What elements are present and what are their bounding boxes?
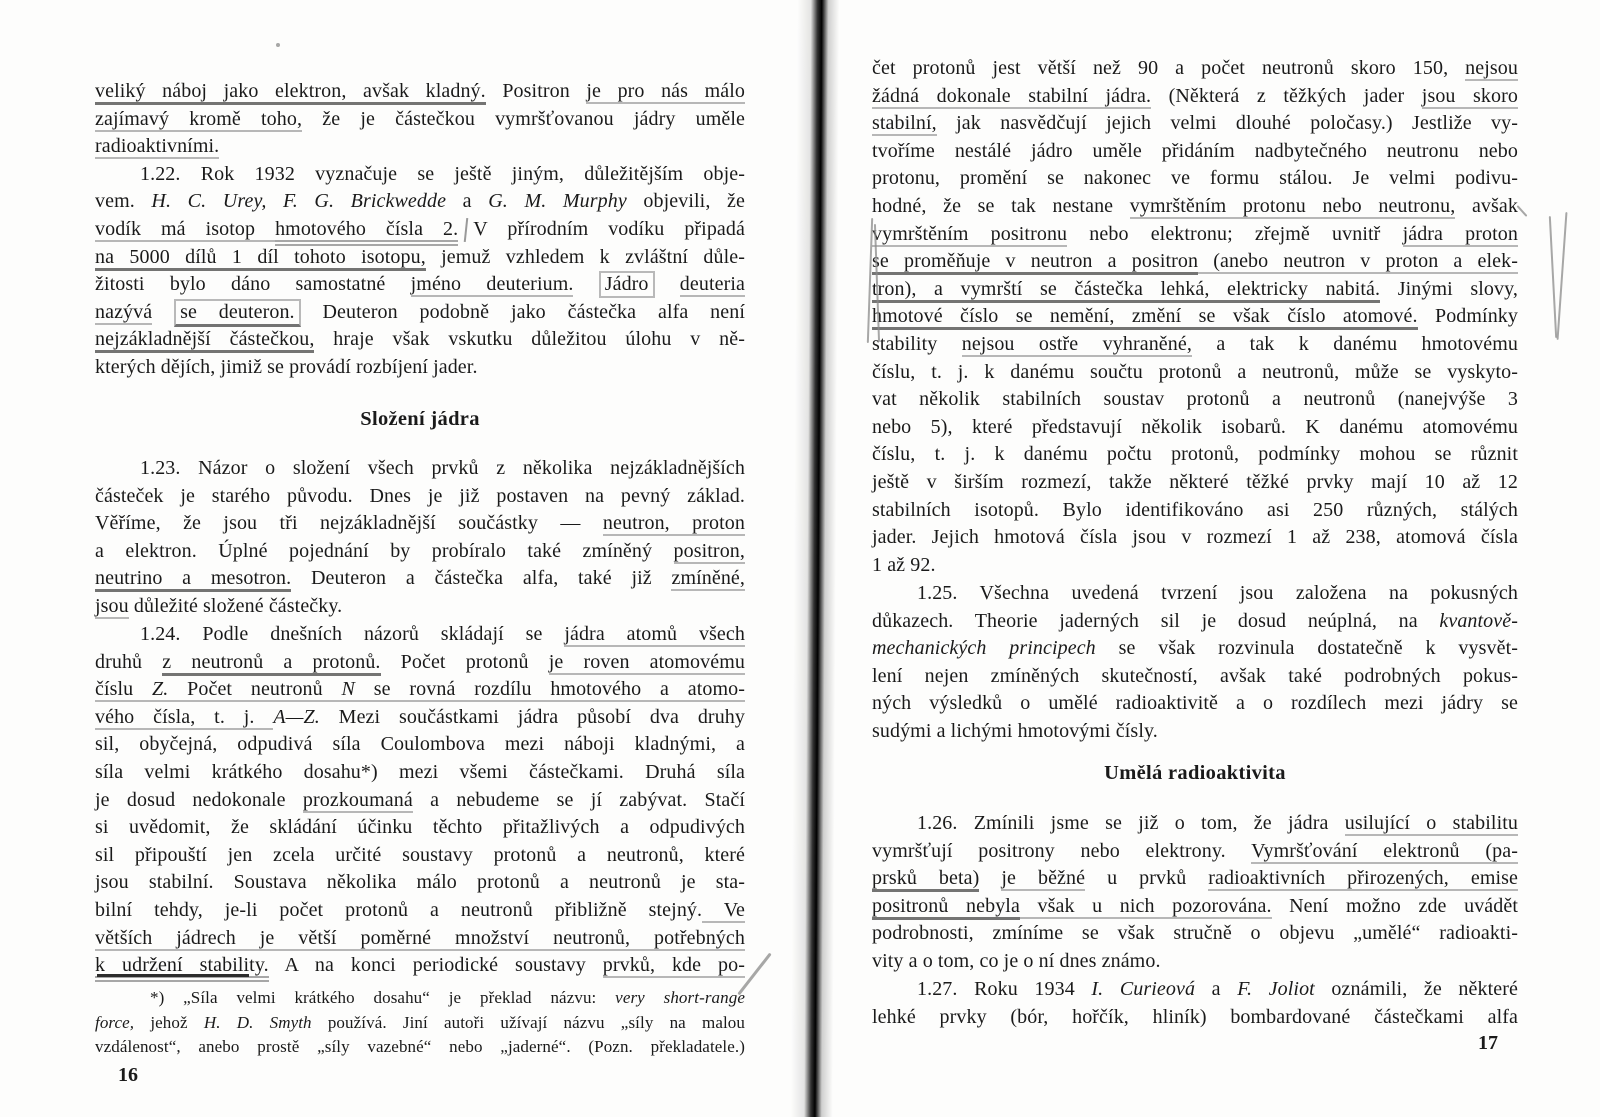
text-segment: a <box>1195 978 1237 1000</box>
text-segment: (Některá z těžkých jader <box>1151 85 1422 107</box>
italic-text: F. Joliot <box>1237 978 1315 1000</box>
text-segment: ještě v širším rozmezí, takže některé tě… <box>872 471 1518 493</box>
text-line: prsků beta) je běžné u prvků radioaktivn… <box>872 865 1518 893</box>
pencil-underline: tron), a vymrští se částečka lehká, elek… <box>872 278 1380 303</box>
text-line: čet protonů jest větší než 90 a počet ne… <box>872 55 1518 83</box>
paragraph-block: 1.26. Zmínili jsme se již o tom, že jádr… <box>872 810 1518 976</box>
text-line: vymrštěním positronu nebo elektronu; zře… <box>872 221 1518 249</box>
text-segment: jak nasvědčují jejich velmi dlouhé poloč… <box>937 112 1518 134</box>
pencil-underline: hmotové číslo se nemění, změní se však č… <box>872 305 1418 330</box>
text-line: mechanických principech se však rozvinul… <box>872 635 1518 663</box>
text-segment: číslu, t. j. k danému počtu protonů, pod… <box>872 443 1518 465</box>
italic-text: mechanických principech <box>872 637 1096 659</box>
text-line: žádná dokonale stabilní jádra. (Některá … <box>872 83 1518 111</box>
book-binding-shadow <box>791 0 840 1117</box>
text-line: 1 až 92. <box>872 552 1518 580</box>
text-segment: ných výsledků o umělé radioaktivitě a o … <box>872 692 1518 714</box>
text-segment: Není možno zde uvádět <box>1272 895 1518 917</box>
text-line: lehké prvky (bór, hořčík, hliník) bombar… <box>872 1004 1518 1032</box>
pencil-underline: žádná dokonale stabilní jádra. <box>872 85 1151 109</box>
text-segment: protonu, promění se nakonec ve formu stá… <box>872 167 1518 189</box>
text-line: nebo 5), které představují několik isoba… <box>872 414 1518 442</box>
text-segment: hodné, že se tak nestane <box>872 195 1130 217</box>
italic-text: I. Curieová <box>1091 978 1195 1000</box>
text-line: sudými a lichými hmotovými čísly. <box>872 718 1518 746</box>
pencil-underline: však u nich pozorována. <box>1020 895 1272 919</box>
section-heading: Umělá radioaktivita <box>872 762 1518 785</box>
book-scan-spread: veliký náboj jako elektron, avšak kladný… <box>0 0 1600 1117</box>
text-line: 1.25. Všechna uvedená tvrzení jsou založ… <box>872 580 1518 608</box>
text-line: ještě v širším rozmezí, takže některé tě… <box>872 469 1518 497</box>
text-line: positronů nebyla však u nich pozorována.… <box>872 893 1518 921</box>
text-line: tron), a vymrští se částečka lehká, elek… <box>872 276 1518 304</box>
text-segment: lehké prvky (bór, hořčík, hliník) bombar… <box>872 1006 1518 1028</box>
text-segment: vat několik stabilních soustav protonů a… <box>872 388 1518 410</box>
text-segment: Podmínky <box>1418 305 1518 327</box>
paragraph-block: 1.25. Všechna uvedená tvrzení jsou založ… <box>872 580 1518 746</box>
text-segment: stabilních isotopů. Bylo identifikováno … <box>872 499 1518 521</box>
pencil-underline: nejsou <box>1465 57 1518 81</box>
text-segment: 1.25. Všechna uvedená tvrzení jsou založ… <box>917 582 1518 604</box>
text-line: hodné, že se tak nestane vymrštěním prot… <box>872 193 1518 221</box>
text-line: se proměňuje v neutron a positron (anebo… <box>872 248 1518 276</box>
pencil-underline: jádra proton <box>1403 223 1518 247</box>
pencil-underline: se proměňuje v neutron a positron <box>872 250 1198 275</box>
text-line: vymršťují positrony nebo elektrony. Vymr… <box>872 838 1518 866</box>
text-segment: u prvků <box>1085 867 1208 889</box>
paragraph-block: čet protonů jest větší než 90 a počet ne… <box>872 55 1518 579</box>
pencil-underline: vymrštěním protonu nebo neutronu, <box>1130 195 1456 219</box>
text-line: protonu, promění se nakonec ve formu stá… <box>872 165 1518 193</box>
text-line: lení nejen zmíněných skutečností, avšak … <box>872 663 1518 691</box>
pencil-underline: stabilní, <box>872 112 937 136</box>
page-number: 17 <box>1478 1032 1498 1055</box>
text-segment: jader. Jejich hmotová čísla jsou v rozme… <box>872 526 1518 548</box>
text-line: podrobnosti, zmíníme se však stručně o o… <box>872 920 1518 948</box>
text-line: 1.27. Roku 1934 I. Curieová a F. Joliot … <box>872 976 1518 1004</box>
text-line: číslu, t. j. k danému součtu protonů a n… <box>872 359 1518 387</box>
pencil-underline: jsou skoro <box>1422 85 1518 109</box>
text-line: vat několik stabilních soustav protonů a… <box>872 386 1518 414</box>
text-segment: lení nejen zmíněných skutečností, avšak … <box>872 665 1518 687</box>
text-segment: 1.26. Zmínili jsme se již o tom, že jádr… <box>917 812 1345 834</box>
pencil-underline: prsků beta) <box>872 867 979 892</box>
text-line: stabilních isotopů. Bylo identifikováno … <box>872 497 1518 525</box>
text-segment: Jinými slovy, <box>1380 278 1518 300</box>
paragraph-block: 1.27. Roku 1934 I. Curieová a F. Joliot … <box>872 976 1518 1031</box>
text-segment: vity a o tom, co je o ní dnes známo. <box>872 950 1161 972</box>
text-line: hmotové číslo se nemění, změní se však č… <box>872 303 1518 331</box>
pencil-margin-mark <box>276 43 280 47</box>
text-segment: nebo 5), které představují několik isoba… <box>872 416 1518 438</box>
text-segment: a tak k danému hmotovému <box>1192 333 1518 355</box>
text-segment: tvoříme nestálé jádro uměle přidáním nad… <box>872 140 1518 162</box>
pencil-underline: nejsou ostře vyhraněné, <box>962 333 1192 357</box>
pencil-underline: vymrštěním positronu <box>872 223 1067 247</box>
text-segment: stability <box>872 333 962 355</box>
pencil-underline: usilující o stabilitu <box>1345 812 1518 836</box>
pencil-underline: Vymršťování elektronů (pa- <box>1251 840 1518 864</box>
text-segment: důkazech. Theorie jaderných sil je dosud… <box>872 610 1439 632</box>
text-segment: vymršťují positrony nebo elektrony. <box>872 840 1251 862</box>
text-segment: 1 až 92. <box>872 554 936 576</box>
text-line: tvoříme nestálé jádro uměle přidáním nad… <box>872 138 1518 166</box>
text-line: stabilní, jak nasvědčují jejich velmi dl… <box>872 110 1518 138</box>
text-line: důkazech. Theorie jaderných sil je dosud… <box>872 608 1518 636</box>
text-segment: číslu, t. j. k danému součtu protonů a n… <box>872 361 1518 383</box>
text-line: ných výsledků o umělé radioaktivitě a o … <box>872 690 1518 718</box>
text-line: 1.26. Zmínili jsme se již o tom, že jádr… <box>872 810 1518 838</box>
text-segment: nebo elektronu; zřejmě uvnitř <box>1067 223 1402 245</box>
pencil-underline: positronů nebyla <box>872 895 1020 920</box>
italic-text: kvantově- <box>1439 610 1518 632</box>
text-segment: 1.27. Roku 1934 <box>917 978 1091 1000</box>
text-segment: avšak <box>1455 195 1518 217</box>
text-line: číslu, t. j. k danému počtu protonů, pod… <box>872 441 1518 469</box>
pencil-underline: je běžné <box>1001 867 1085 891</box>
pencil-underline: (anebo neutron v proton a elek- <box>1198 250 1518 274</box>
text-line: stability nejsou ostře vyhraněné, a tak … <box>872 331 1518 359</box>
text-segment: sudými a lichými hmotovými čísly. <box>872 720 1158 742</box>
text-line: vity a o tom, co je o ní dnes známo. <box>872 948 1518 976</box>
text-segment: se však rozvinula dostatečně k vysvět- <box>1096 637 1518 659</box>
text-segment <box>979 867 1001 889</box>
text-segment: čet protonů jest větší než 90 a počet ne… <box>872 57 1465 79</box>
pencil-underline: radioaktivních přirozených, emise <box>1208 867 1518 891</box>
text-segment: oznámili, že některé <box>1315 978 1518 1000</box>
text-segment: podrobnosti, zmíníme se však stručně o o… <box>872 922 1518 944</box>
text-line: jader. Jejich hmotová čísla jsou v rozme… <box>872 524 1518 552</box>
